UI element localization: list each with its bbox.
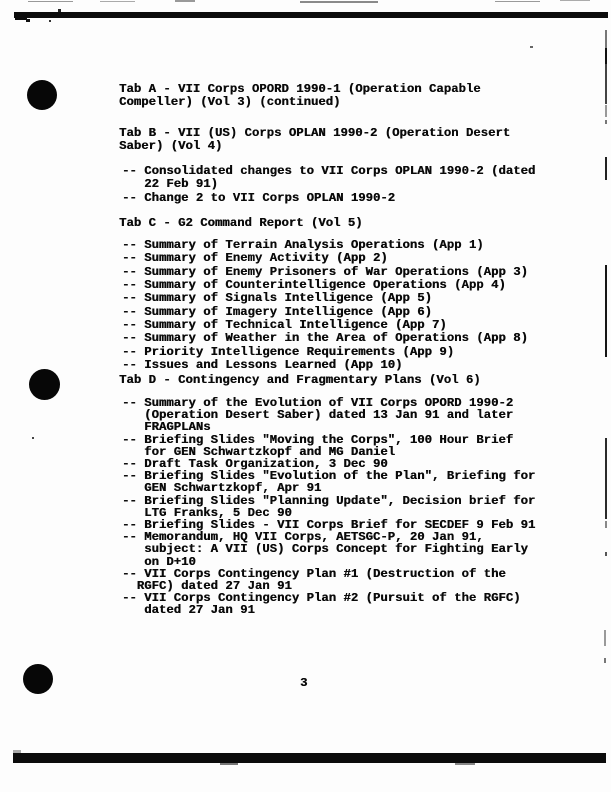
section-heading-tab-d: Tab D - Contingency and Fragmentary Plan…: [119, 374, 481, 387]
scan-edge-mark: [605, 521, 607, 528]
section-items-tab-d: -- Summary of the Evolution of VII Corps…: [122, 397, 535, 617]
scan-edge-mark: [605, 64, 607, 104]
scan-noise-line: [495, 1, 540, 2]
scan-edge-mark: [605, 438, 607, 519]
scan-edge-mark: [605, 48, 607, 64]
scan-edge-mark: [605, 157, 607, 180]
scan-noise-line: [100, 1, 135, 2]
page-number: 3: [300, 677, 307, 690]
scan-artifact-top-bar: [14, 12, 608, 18]
section-heading-tab-c: Tab C - G2 Command Report (Vol 5): [119, 217, 363, 230]
scan-speck: [530, 46, 533, 48]
scan-speck: [58, 9, 61, 12]
scan-edge-mark: [604, 630, 606, 646]
scan-speck: [455, 763, 475, 765]
section-heading-tab-b: Tab B - VII (US) Corps OPLAN 1990-2 (Ope…: [119, 127, 510, 154]
scan-edge-mark: [605, 30, 607, 48]
scan-edge-mark: [605, 552, 607, 556]
hole-punch-bottom: [23, 664, 53, 694]
hole-punch-top: [27, 80, 57, 110]
scan-edge-mark: [605, 265, 607, 357]
scan-noise-line: [560, 0, 590, 1]
section-heading-tab-a: Tab A - VII Corps OPORD 1990-1 (Operatio…: [119, 83, 481, 110]
scan-speck: [32, 437, 34, 439]
scan-noise-line: [28, 1, 73, 2]
hole-punch-middle: [29, 369, 60, 400]
scanned-document-page: Tab A - VII Corps OPORD 1990-1 (Operatio…: [0, 0, 611, 792]
scan-edge-mark: [605, 120, 607, 124]
scan-speck: [13, 750, 21, 753]
scan-noise-line: [175, 0, 195, 2]
scan-noise-line: [300, 1, 378, 3]
scan-edge-mark: [605, 105, 607, 117]
scan-speck: [49, 20, 51, 22]
section-items-tab-b: -- Consolidated changes to VII Corps OPL…: [122, 165, 535, 205]
section-items-tab-c: -- Summary of Terrain Analysis Operation…: [122, 239, 528, 372]
scan-edge-mark: [604, 658, 606, 663]
scan-speck: [220, 763, 238, 765]
scan-artifact-bottom-bar: [13, 753, 606, 763]
scan-speck: [26, 19, 30, 22]
